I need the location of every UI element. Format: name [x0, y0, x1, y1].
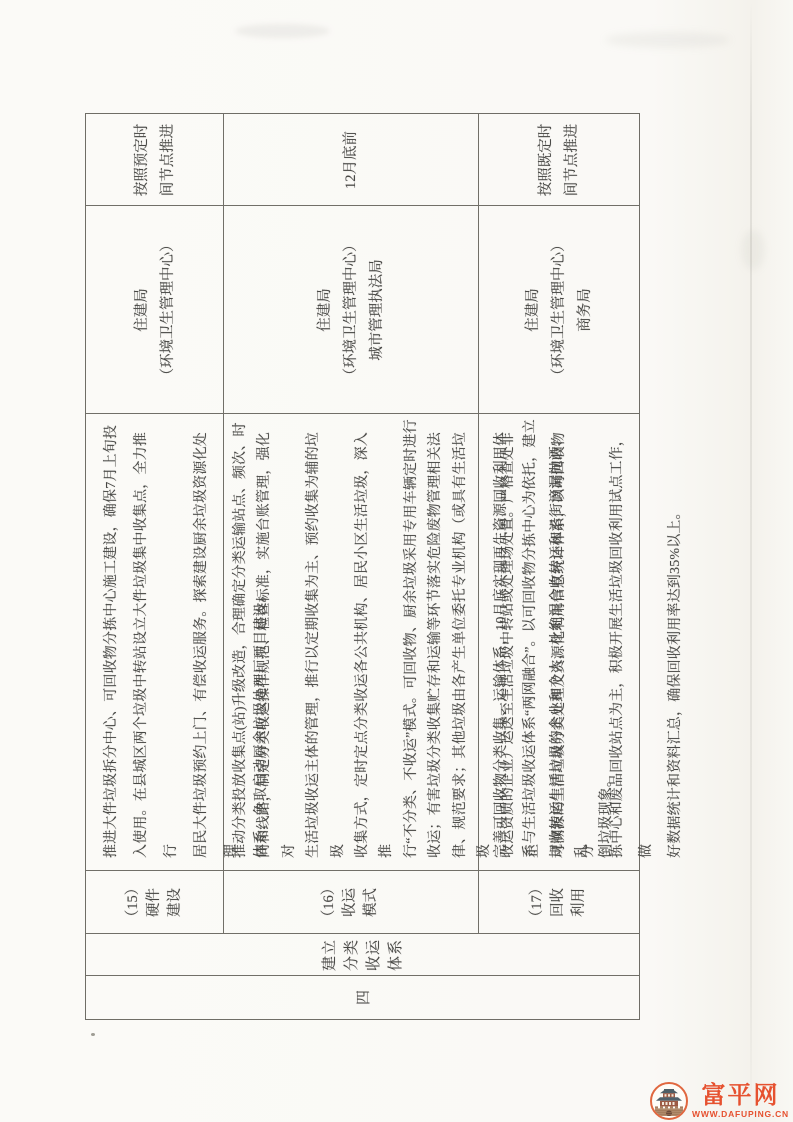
watermark-site-name: 富平网: [702, 1083, 780, 1108]
row-label-17: （17） 回收 利用: [478, 871, 639, 934]
task-15-unit: 住建局 （环境卫生管理中心）: [86, 206, 223, 414]
site-watermark: 富平网 WWW.DAFUPING.CN: [650, 1079, 793, 1122]
task-16-unit: 住建局 （环境卫生管理中心） 城市管理执法局: [223, 206, 478, 414]
watermark-text: 富平网 WWW.DAFUPING.CN: [692, 1083, 789, 1119]
watermark-site-url: WWW.DAFUPING.CN: [692, 1109, 789, 1119]
task-17-content: 完善可回收物分类收集、运输体系，10月底实现再生资源回收利用体 系与生活垃圾收运…: [478, 414, 639, 871]
task-16-deadline: 12月底前: [223, 114, 478, 206]
task-17-deadline: 按照既定时 间节点推进: [478, 114, 639, 206]
city-gate-tower-icon: [653, 1086, 685, 1116]
task-table: 四 建立 分类 收运 体系 （15） 硬件 建设 （16） 收运 模式 （17）…: [85, 113, 640, 1020]
row-label-16: （16） 收运 模式: [223, 871, 478, 934]
task-15-content: 推进大件垃圾拆分中心、可回收物分拣中心施工建设，确保7月上旬投 入使用。在县城区…: [86, 414, 223, 871]
page-number: 四: [86, 976, 639, 1019]
task-16-content: 推动分类投放收集点(站)升级改造，合理确定分类运输站点、频次、时 间和线路，制定…: [223, 414, 478, 871]
rotated-document-content: 四 建立 分类 收运 体系 （15） 硬件 建设 （16） 收运 模式 （17）…: [0, 0, 793, 1122]
group-label: 建立 分类 收运 体系: [86, 934, 639, 976]
task-17-unit: 住建局 （环境卫生管理中心） 商务局: [478, 206, 639, 414]
scanned-document-page: { "page": { "number": "四" }, "table": { …: [0, 0, 793, 1122]
dafuping-logo-icon: [650, 1082, 688, 1120]
row-label-15: （15） 硬件 建设: [86, 871, 223, 934]
task-17-content-text: 完善可回收物分类收集、运输体系，10月底实现再生资源回收利用体 系与生活垃圾收运…: [487, 419, 690, 858]
task-15-deadline: 按照预定时 间节点推进: [86, 114, 223, 206]
